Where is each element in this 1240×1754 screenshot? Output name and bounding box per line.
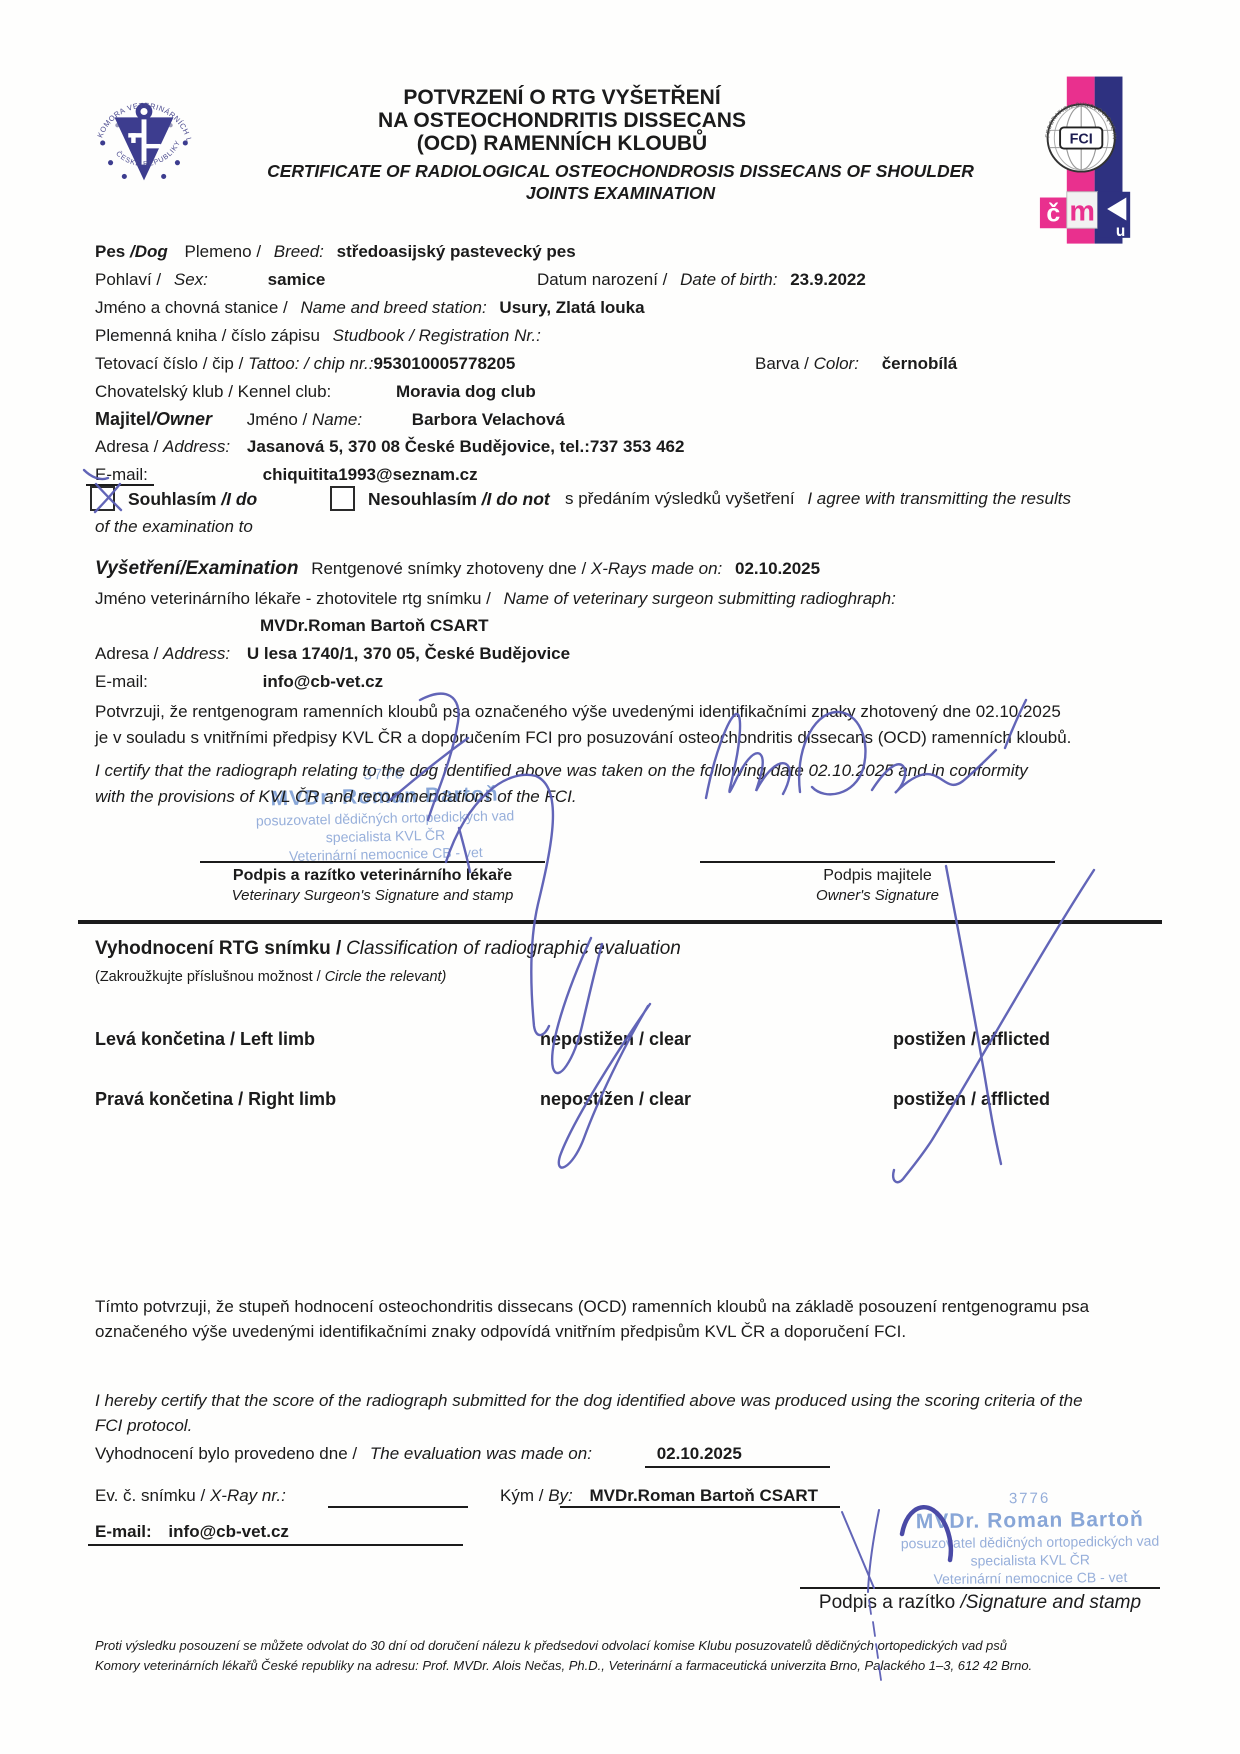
breed-value: středoasijský pastevecký pes <box>337 242 576 261</box>
cmku-letter-u: u <box>1116 223 1125 240</box>
evaluation-date-underline <box>645 1466 830 1468</box>
vet-signature-label-cs: Podpis a razítko veterinárního lékaře <box>200 866 545 886</box>
examination-section-label: Vyšetření <box>95 558 180 579</box>
kennel-label: Chovatelský klub / Kennel club: <box>95 382 331 401</box>
name-station-value: Usury, Zlatá louka <box>499 298 644 317</box>
field-breed: Pes /Dog Plemeno / Breed: středoasijský … <box>95 241 576 263</box>
surgeon-address-row: Adresa / Address: U lesa 1740/1, 370 05,… <box>95 643 570 665</box>
surgeon-address-label: Adresa / <box>95 644 158 663</box>
owner-address-value: Jasanová 5, 370 08 České Budějovice, tel… <box>247 437 685 456</box>
by-label-en: By: <box>548 1486 573 1505</box>
kvl-cr-logo: KOMORA VETERINÁRNÍCH LÉKAŘŮ ČESKÉ REPUBL… <box>85 82 203 200</box>
breed-label-en: Breed: <box>274 242 324 261</box>
evaluator-signature-label-en: /Signature and stamp <box>960 1592 1141 1613</box>
certify-cs-1: Tímto potvrzuji, že stupeň hodnocení ost… <box>95 1296 1089 1318</box>
consent-text-cs: s předáním výsledků vyšetření <box>565 489 795 508</box>
vet-signature-line <box>200 861 545 863</box>
vet-signature-label-en: Veterinary Surgeon's Signature and stamp <box>200 886 545 905</box>
evaluator-stamp-line4: Veterinární nemocnice CB - vet <box>865 1567 1195 1588</box>
surgeon-label: Jméno veterinárního lékaře - zhotovitele… <box>95 589 491 608</box>
kennel-value: Moravia dog club <box>396 382 536 401</box>
subtitle-line-2: JOINTS EXAMINATION <box>198 182 1043 204</box>
dob-value: 23.9.2022 <box>790 270 866 289</box>
evaluation-email-value: info@cb-vet.cz <box>168 1522 288 1541</box>
by-underline <box>560 1506 840 1508</box>
evaluator-signature-label-cs: Podpis a razítko <box>819 1592 955 1613</box>
owner-address-label: Adresa / <box>95 437 158 456</box>
agree-label: Souhlasím <box>128 489 217 509</box>
statement-en-2: with the provisions of KVL ČR and recomm… <box>95 786 577 808</box>
dob-label-en: Date of birth: <box>680 270 777 289</box>
disagree-checkbox <box>330 486 355 511</box>
xray-nr-label-en: X-Ray nr.: <box>210 1486 286 1505</box>
document-title-en: CERTIFICATE OF RADIOLOGICAL OSTEOCHONDRO… <box>198 160 1043 204</box>
field-sex: Pohlaví / Sex: samice <box>95 269 325 291</box>
statement-cs-2: je v souladu s vnitřními předpisy KVL ČR… <box>95 727 1071 749</box>
footer-line-2: Komory veterinárních lékařů České republ… <box>95 1656 1032 1676</box>
subtitle-line-1: CERTIFICATE OF RADIOLOGICAL OSTEOCHONDRO… <box>198 160 1043 182</box>
left-limb-afflicted-option: postižen / afflicted <box>893 1028 1050 1050</box>
field-tattoo: Tetovací číslo / čip / Tattoo: / chip nr… <box>95 353 515 375</box>
surgeon-address-value: U lesa 1740/1, 370 05, České Budějovice <box>247 644 570 663</box>
surgeon-label-row: Jméno veterinárního lékaře - zhotovitele… <box>95 588 896 610</box>
owner-signature-label-en: Owner's Signature <box>700 886 1055 905</box>
owner-name-label-en: Name: <box>312 410 362 429</box>
classification-subheading: (Zakroužkujte příslušnou možnost / Circl… <box>95 966 446 988</box>
field-studbook: Plemenná kniha / číslo zápisu Studbook /… <box>95 325 541 347</box>
surgeon-email-row: E-mail: info@cb-vet.cz <box>95 671 383 693</box>
dog-section-label-en: /Dog <box>130 242 168 261</box>
dob-label: Datum narození / <box>537 270 667 289</box>
by-label: Kým / <box>500 1486 543 1505</box>
color-label: Barva / <box>755 354 809 373</box>
breed-label: Plemeno / <box>185 242 262 261</box>
certify-cs-2: označeného výše uvedenými identifikačním… <box>95 1321 906 1343</box>
evaluator-stamp-line2: posuzovatel dědičných ortopedických vad <box>865 1531 1195 1552</box>
color-value: černobílá <box>882 354 958 373</box>
left-limb-label: Levá končetina / Left limb <box>95 1028 315 1050</box>
right-limb-label: Pravá končetina / Right limb <box>95 1088 336 1110</box>
dog-section-label: Pes <box>95 242 125 261</box>
title-line-2: NA OSTEOCHONDRITIS DISSECANS <box>237 109 887 132</box>
certificate-document: KOMORA VETERINÁRNÍCH LÉKAŘŮ ČESKÉ REPUBL… <box>0 0 1240 1754</box>
evaluation-email-underline <box>88 1544 463 1546</box>
disagree-option: Nesouhlasím /I do not <box>368 488 550 511</box>
xray-nr-row: Ev. č. snímku / X-Ray nr.: <box>95 1485 286 1507</box>
footer-line-1: Proti výsledku posouzení se můžete odvol… <box>95 1636 1007 1656</box>
evaluation-date-label: Vyhodnocení bylo provedeno dne / <box>95 1444 357 1463</box>
owner-signature-line <box>700 861 1055 863</box>
evaluator-signature-label: Podpis a razítko /Signature and stamp <box>800 1592 1160 1614</box>
studbook-label-en: Studbook / Registration Nr.: <box>333 326 541 345</box>
xray-made-label: Rentgenové snímky zhotoveny dne / <box>311 559 586 578</box>
evaluation-date-value: 02.10.2025 <box>657 1444 742 1463</box>
classification-subheading-en: Circle the relevant) <box>325 969 447 985</box>
xray-nr-underline <box>328 1506 468 1508</box>
certify-en-2: FCI protocol. <box>95 1415 192 1437</box>
owner-name-value: Barbora Velachová <box>412 410 565 429</box>
cmku-letter-m: m <box>1069 196 1095 228</box>
agree-checkbox <box>90 486 115 511</box>
right-limb-afflicted-option: postižen / afflicted <box>893 1088 1050 1110</box>
field-name-station: Jméno a chovná stanice / Name and breed … <box>95 297 645 319</box>
title-line-1: POTVRZENÍ O RTG VYŠETŘENÍ <box>237 86 887 109</box>
classification-heading-cs: Vyhodnocení RTG snímku / <box>95 938 341 959</box>
left-limb-clear-option: nepostižen / clear <box>540 1028 691 1050</box>
field-date-of-birth: Datum narození / Date of birth: 23.9.202… <box>537 269 866 291</box>
document-title-cs: POTVRZENÍ O RTG VYŠETŘENÍ NA OSTEOCHONDR… <box>237 86 887 155</box>
evaluator-signature-line <box>800 1587 1160 1589</box>
name-station-label: Jméno a chovná stanice / <box>95 298 288 317</box>
disagree-label-en: /I do not <box>482 489 550 509</box>
sex-label-en: Sex: <box>174 270 208 289</box>
vet-signature-label: Podpis a razítko veterinárního lékaře Ve… <box>200 866 545 905</box>
owner-email-value: chiquitita1993@seznam.cz <box>263 465 478 484</box>
owner-name-label: Jméno / <box>247 410 307 429</box>
examination-section-label-en: /Examination <box>180 558 298 579</box>
agree-option: Souhlasím /I do <box>128 488 257 511</box>
tattoo-value: 953010005778205 <box>373 354 515 373</box>
evaluation-email-row: E-mail: info@cb-vet.cz <box>95 1521 289 1543</box>
owner-email-label: E-mail: <box>95 465 148 484</box>
classification-heading-en: Classification of radiographic evaluatio… <box>346 938 681 959</box>
field-owner-email: E-mail: chiquitita1993@seznam.cz <box>95 464 478 486</box>
field-kennel-club: Chovatelský klub / Kennel club: Moravia … <box>95 381 536 403</box>
disagree-label: Nesouhlasím <box>368 489 477 509</box>
consent-text-en: I agree with transmitting the results <box>807 489 1071 508</box>
consent-text-en2: of the examination to <box>95 516 253 538</box>
fci-label: FCI <box>1070 132 1093 148</box>
xray-nr-label: Ev. č. snímku / <box>95 1486 205 1505</box>
surgeon-email-label: E-mail: <box>95 672 148 691</box>
field-owner-address: Adresa / Address: Jasanová 5, 370 08 Čes… <box>95 436 684 458</box>
afflicted-cross-mark <box>946 866 1001 1164</box>
fci-cmku-logo: FEDERATION CYNOLOGIQUE INTERNATIONALE FC… <box>1038 74 1134 250</box>
agree-label-en: /I do <box>221 489 257 509</box>
owner-section-label: Majitel <box>95 409 151 429</box>
owner-section-label-en: /Owner <box>151 409 212 429</box>
tattoo-label: Tetovací číslo / čip / <box>95 354 243 373</box>
evaluator-stamp: 3776 MVDr. Roman Bartoň posuzovatel dědi… <box>865 1488 1196 1588</box>
sex-value: samice <box>268 270 326 289</box>
field-owner-name: Majitel/Owner Jméno / Name: Barbora Vela… <box>95 408 565 431</box>
field-color: Barva / Color: černobílá <box>755 353 957 375</box>
classification-heading: Vyhodnocení RTG snímku / Classification … <box>95 938 681 960</box>
by-value: MVDr.Roman Bartoň CSART <box>589 1486 818 1505</box>
right-limb-clear-option: nepostižen / clear <box>540 1088 691 1110</box>
xray-date-value: 02.10.2025 <box>735 559 820 578</box>
owner-signature-label-cs: Podpis majitele <box>700 866 1055 886</box>
statement-cs-1: Potvrzuji, že rentgenogram ramenních klo… <box>95 701 1061 723</box>
consent-text: s předáním výsledků vyšetření I agree wi… <box>565 488 1071 510</box>
owner-address-label-en: Address: <box>163 437 230 456</box>
studbook-label: Plemenná kniha / číslo zápisu <box>95 326 320 345</box>
certify-en-1: I hereby certify that the score of the r… <box>95 1390 1083 1412</box>
classification-subheading-cs: (Zakroužkujte příslušnou možnost / <box>95 969 321 985</box>
thick-divider <box>78 920 1162 924</box>
evaluation-email-label: E-mail: <box>95 1522 152 1541</box>
examination-heading-row: Vyšetření/Examination Rentgenové snímky … <box>95 558 820 580</box>
tattoo-label-en: Tattoo: / chip nr.: <box>248 354 373 373</box>
sex-label: Pohlaví / <box>95 270 161 289</box>
surgeon-name-value: MVDr.Roman Bartoň CSART <box>260 615 489 637</box>
evaluation-date-row: Vyhodnocení bylo provedeno dne / The eva… <box>95 1443 742 1465</box>
owner-signature-label: Podpis majitele Owner's Signature <box>700 866 1055 905</box>
surgeon-label-en: Name of veterinary surgeon submitting ra… <box>504 589 896 608</box>
statement-en-1: I certify that the radiograph relating t… <box>95 760 1028 782</box>
evaluated-by-row: Kým / By: MVDr.Roman Bartoň CSART <box>500 1485 818 1507</box>
title-line-3: (OCD) RAMENNÍCH KLOUBŮ <box>237 132 887 155</box>
xray-made-label-en: X-Rays made on: <box>591 559 722 578</box>
surgeon-address-label-en: Address: <box>163 644 230 663</box>
evaluator-stamp-name: MVDr. Roman Bartoň <box>865 1506 1195 1534</box>
evaluation-date-label-en: The evaluation was made on: <box>370 1444 592 1463</box>
surgeon-email-value: info@cb-vet.cz <box>263 672 383 691</box>
name-station-label-en: Name and breed station: <box>301 298 487 317</box>
color-label-en: Color: <box>814 354 859 373</box>
cmku-letter-c: č <box>1046 200 1060 228</box>
